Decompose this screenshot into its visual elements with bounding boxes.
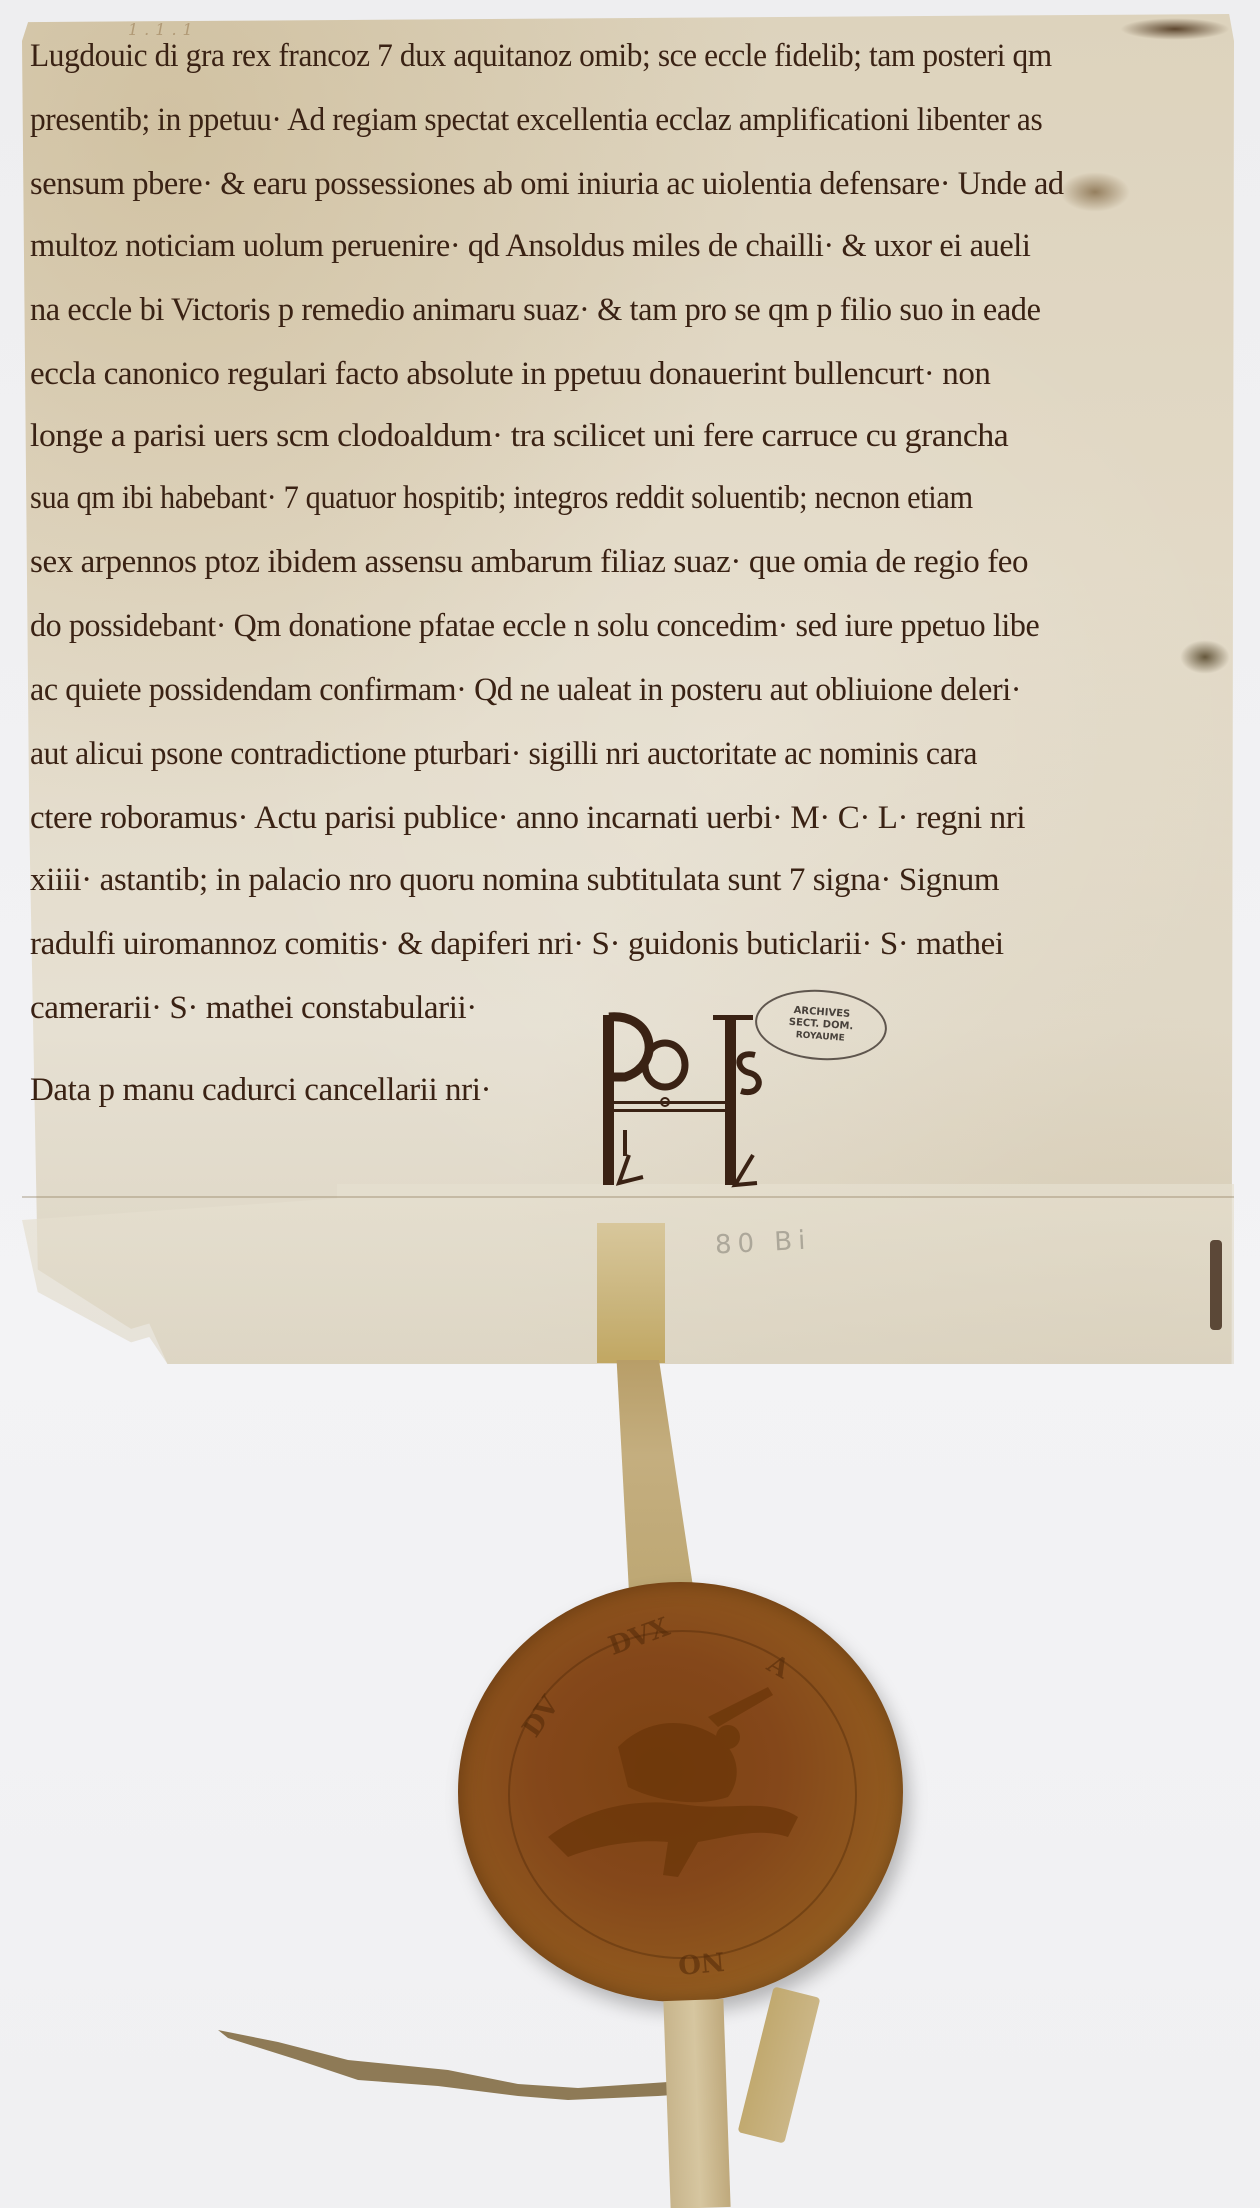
text-line: Lugdouic di gra rex francoz 7 dux aquita… — [30, 38, 1052, 75]
parchment-tag-tail — [218, 2030, 718, 2100]
text-line: sex arpennos ptoz ibidem assensu ambarum… — [30, 544, 1028, 581]
text-line: aut alicui psone contradictione pturbari… — [30, 736, 977, 773]
parchment-tag-lower — [663, 1999, 730, 2208]
seal-legend: DVX A DV NO — [458, 1582, 903, 2002]
pencil-marks-top: 1.1.1 — [128, 20, 199, 39]
text-line: do possidebant· Qm donatione pfatae eccl… — [30, 608, 1039, 645]
seal-legend-fragment: DVX — [605, 1612, 674, 1662]
text-line: eccla canonico regulari facto absolute i… — [30, 356, 991, 393]
text-line: radulfi uiromannoz comitis· & dapiferi n… — [30, 926, 1004, 963]
ink-blot — [1060, 172, 1130, 212]
parchment-tag-upper — [597, 1223, 665, 1363]
stain-right-edge — [1210, 1240, 1222, 1330]
text-line: sensum pbere· & earu possessiones ab omi… — [30, 166, 1064, 203]
fold-crease — [22, 1196, 1234, 1198]
text-line: xiiii· astantib; in palacio nro quoru no… — [30, 862, 999, 899]
text-line: ctere roboramus· Actu parisi publice· an… — [30, 800, 1025, 837]
text-line: multoz noticiam uolum peruenire· qd Anso… — [30, 228, 1030, 265]
wax-seal: DVX A DV NO — [458, 1582, 903, 2002]
seal-legend-fragment: A — [762, 1649, 794, 1685]
text-line-datum: Data p manu cadurci cancellarii nri· — [30, 1072, 491, 1109]
text-line: camerarii· S· mathei constabularii· — [30, 990, 477, 1027]
ink-blot-right — [1180, 640, 1230, 674]
stain-top-right — [1120, 18, 1230, 40]
text-line: sua qm ibi habebant· 7 quatuor hospitib;… — [30, 480, 973, 517]
stamp-line: ROYAUME — [795, 1029, 845, 1044]
text-line: ac quiete possidendam confirmam· Qd ne u… — [30, 672, 1021, 709]
text-line: na eccle bi Victoris p remedio animaru s… — [30, 292, 1041, 329]
pencil-shelfmark: 80 Bi — [714, 1225, 812, 1260]
royal-monogram-icon — [585, 1005, 770, 1190]
seal-legend-fragment: DV — [517, 1691, 566, 1743]
text-line: longe a parisi uers scm clodoaldum· tra … — [30, 418, 1008, 455]
seal-legend-fragment: NO — [677, 1945, 726, 1979]
text-line: presentib; in ppetuu· Ad regiam spectat … — [30, 102, 1042, 139]
